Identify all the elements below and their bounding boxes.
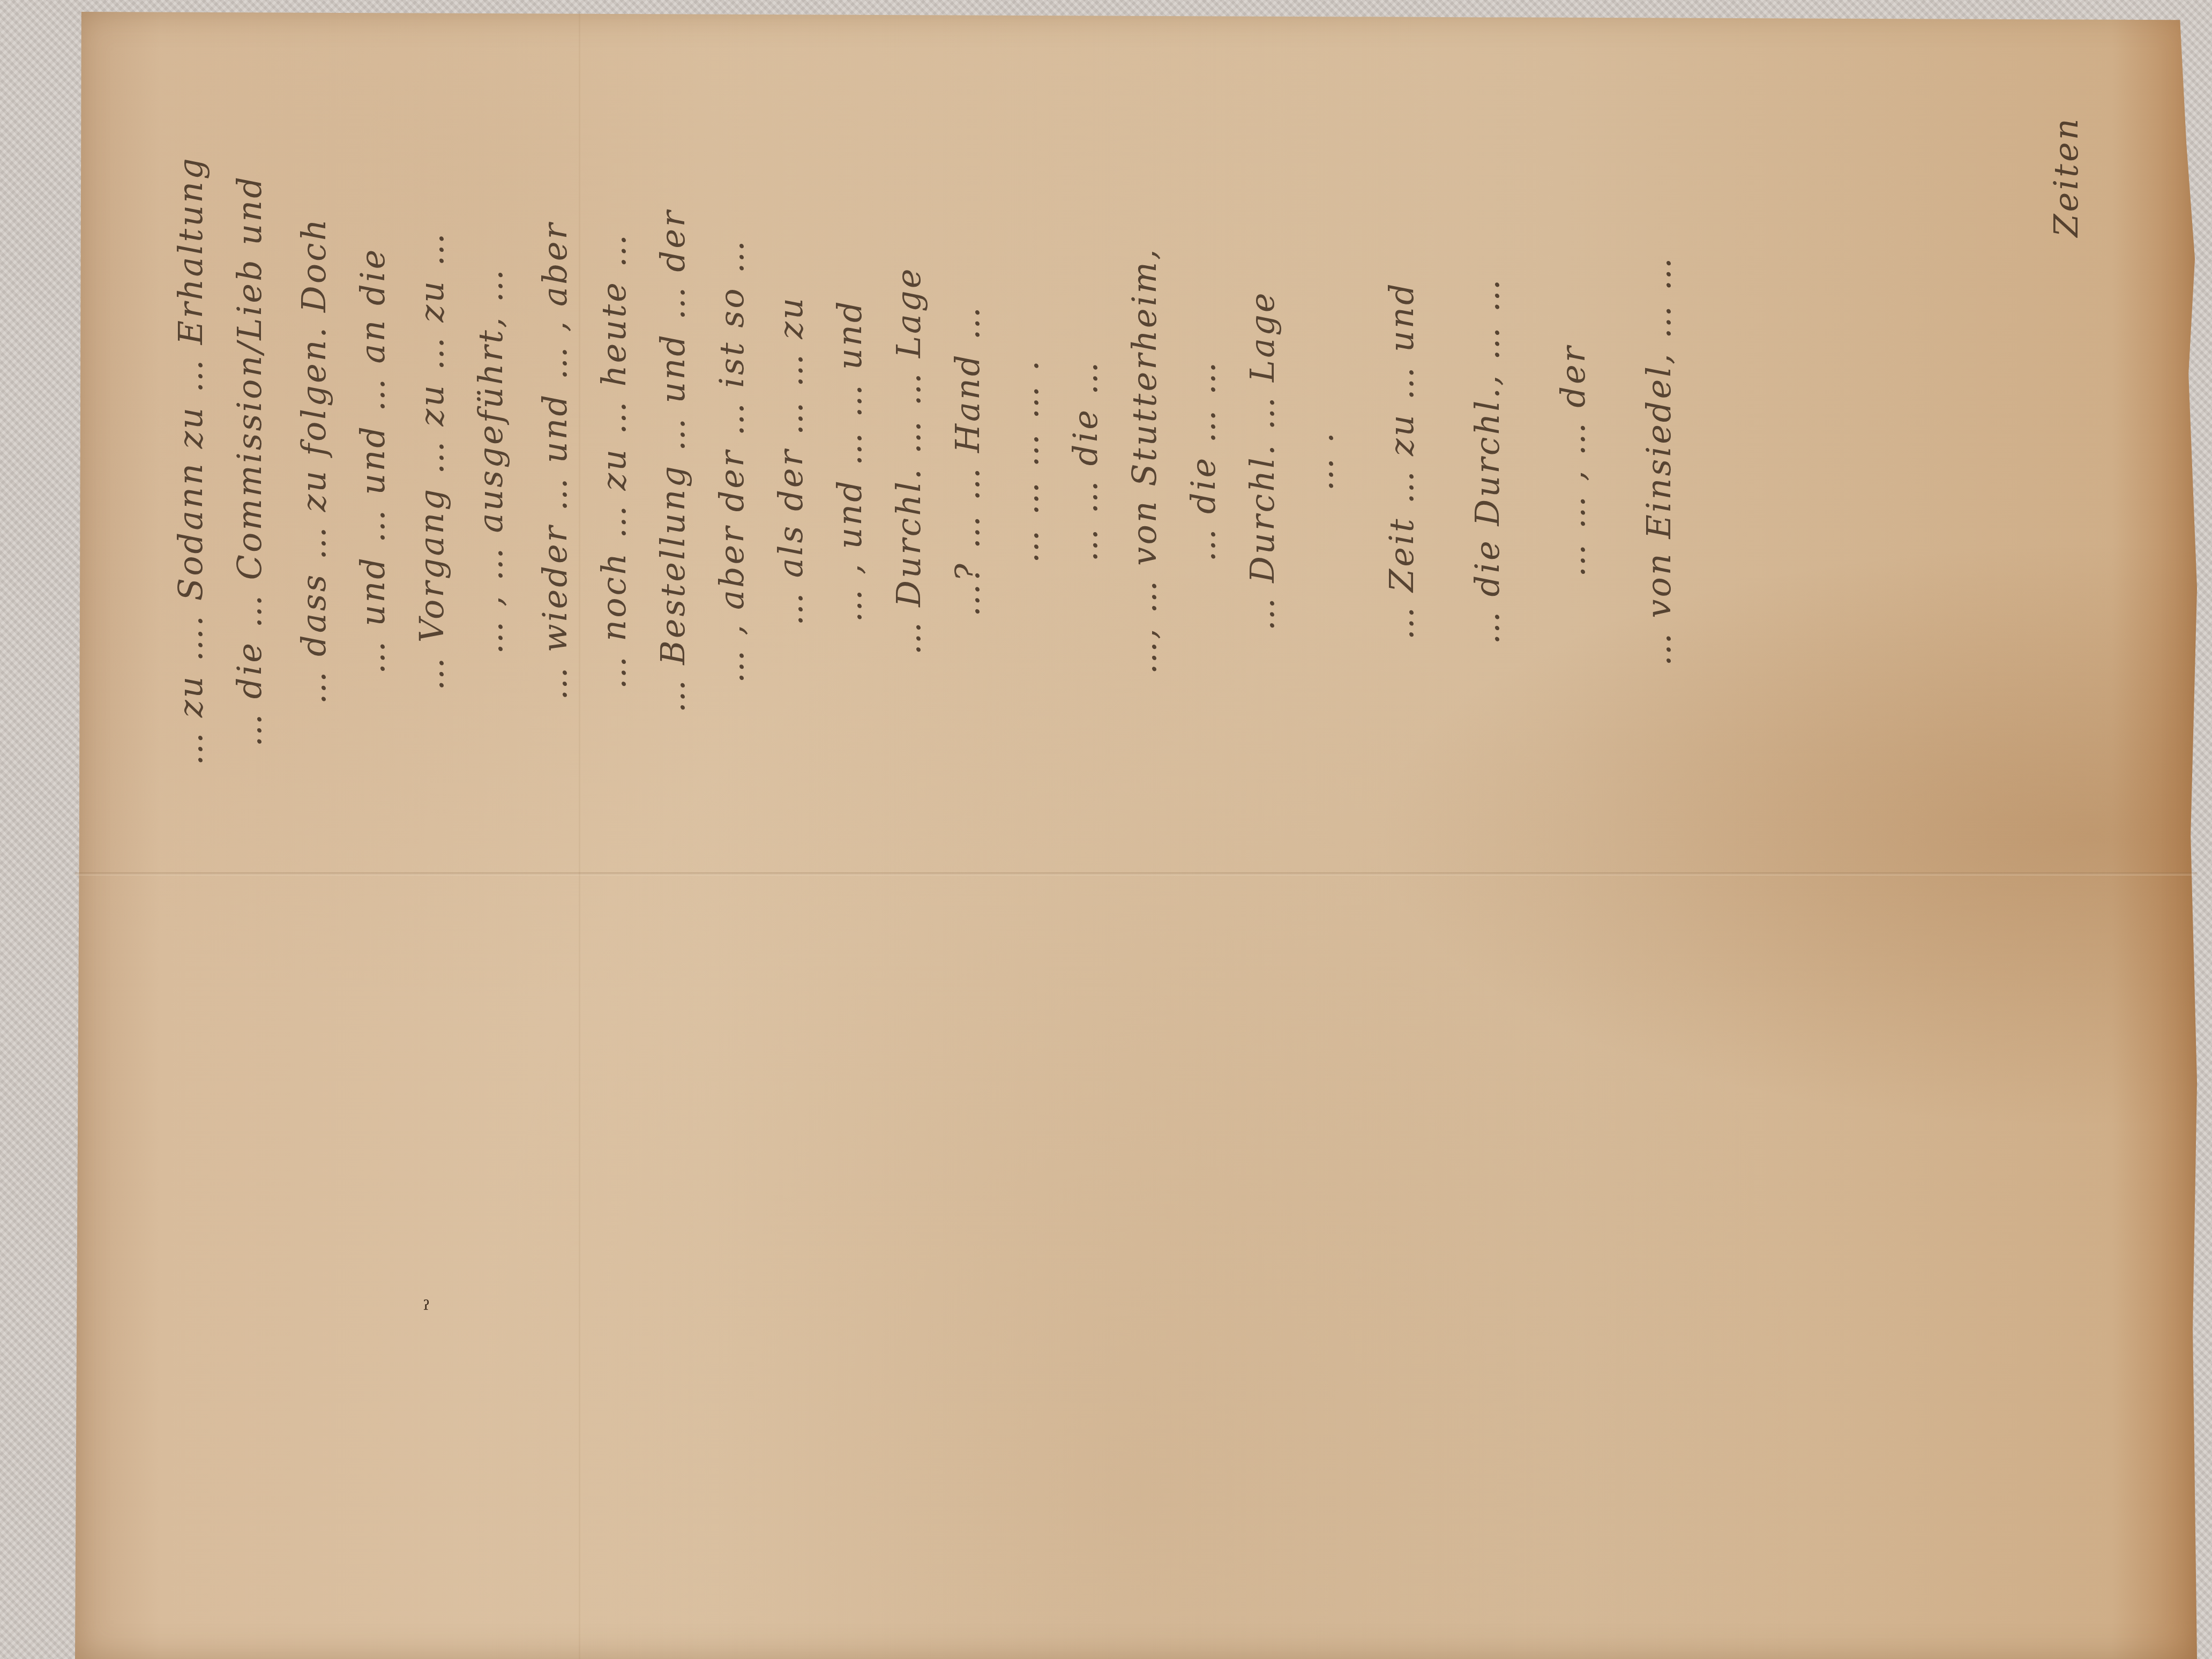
text-line: … Bestellung … und … der	[643, 48, 702, 873]
text-line: … wieder … und … , aber	[525, 48, 584, 873]
text-line: … , und … … und	[820, 48, 879, 873]
text-line: … … … … .	[997, 48, 1056, 873]
text-line: …? … … Hand …	[938, 48, 997, 873]
text-line: … … die …	[1056, 48, 1115, 873]
text-line: … , … ausgeführt, …	[461, 48, 520, 873]
text-line: … noch … zu … heute …	[584, 48, 643, 873]
text-line: … die Durchl., … …	[1458, 48, 1516, 873]
text-line: … Durchl. … Lage	[1232, 48, 1291, 873]
text-line: … von Einsiedel, … …	[1629, 48, 1688, 873]
text-line: … Zeit … zu … und	[1372, 48, 1431, 873]
text-line: … , aber der … ist so …	[702, 48, 761, 873]
text-line: … Vorgang … zu … zu …	[402, 48, 461, 873]
text-line: … .	[1291, 48, 1350, 873]
text-line: …, … von Stutterheim,	[1115, 48, 1174, 873]
text-line: … und … und … an die	[343, 48, 402, 873]
text-line: … zu …. Sodann zu … Erhaltung	[161, 48, 220, 873]
text-line-closing: Zeiten	[2036, 43, 2095, 311]
text-line: … … , … der	[1543, 48, 1602, 873]
text-line: … Durchl. … … Lage	[879, 48, 938, 873]
text-line: … die … Commission/Lieb und	[220, 48, 279, 873]
text-line: … als der … … zu	[761, 48, 820, 873]
ink-mark: ˀ	[423, 1297, 430, 1324]
text-line: … die … …	[1174, 48, 1232, 873]
text-line: … dass … zu folgen. Doch	[284, 48, 343, 873]
